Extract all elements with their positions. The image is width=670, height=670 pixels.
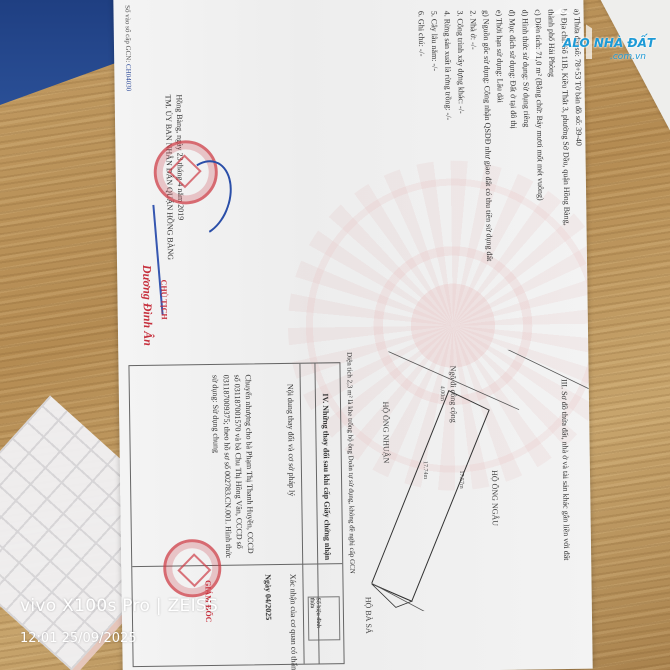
neighbor-east: HỘ ÔNG NGÂU <box>490 470 500 526</box>
usage-origin-line: g) Nguồn gốc sử dụng: Công nhận QSDĐ như… <box>481 10 496 270</box>
changes-table: IV. Những thay đổi sau khi cấp Giấy chứn… <box>128 362 344 667</box>
parcel-diagram <box>368 349 592 612</box>
serial-label: Số vào sổ cấp GCN: <box>123 5 132 62</box>
changes-entry-date: Ngày 04/2025 <box>262 574 274 620</box>
land-use-certificate-page: Số vào sổ cấp GCN: CH04030 I. Thửa đất v… <box>113 0 592 670</box>
site-logo-name: ALO NHÀ ĐẤT <box>563 36 655 50</box>
road-label: Ngõ đi công cộng <box>448 366 458 423</box>
other-construction-line: 3. Công trình xây dựng khác: -/- <box>455 10 470 270</box>
changes-entry: Chuyển nhượng cho bà Phạm Thị Thanh Huyề… <box>210 374 257 560</box>
forest-line: 4. Rừng sản xuất là rừng trồng: -/- <box>442 11 457 271</box>
house-line: 2. Nhà ở: -/- <box>468 10 483 270</box>
usage-term-line: e) Thời hạn sử dụng: Lâu dài <box>494 10 509 270</box>
neighbor-south: HỘ BÀ SÁ <box>364 597 374 634</box>
perennial-tree-line: 5. Cây lâu năm: -/- <box>429 11 444 271</box>
certificate-serial: Số vào sổ cấp GCN: CH04030 <box>123 5 132 91</box>
dimension-west: 17.74m <box>422 461 428 479</box>
usage-purpose-line: đ) Mục đích sử dụng: Đất ở tại đô thị <box>507 10 522 270</box>
photo-timestamp: 12:01 25/09/2025 <box>20 631 137 646</box>
neighbor-west: HỘ ÔNG NHUẬN <box>381 401 391 463</box>
chairman-title: CHỦ TỊCH <box>159 280 169 320</box>
dimension-front: 4.00m <box>439 386 445 401</box>
chairman-name: Dương Đình Ân <box>139 265 155 346</box>
section-4-title: IV. Những thay đổi sau khi cấp Giấy chứn… <box>320 393 335 653</box>
serial-number: CH04030 <box>124 64 132 91</box>
dimension-east: 17.57m <box>458 470 464 488</box>
changes-col-left: Nội dung thay đổi và cơ sở pháp lý <box>285 384 298 554</box>
changes-col-right: Xác nhận của cơ quan có thẩm quyền <box>287 574 299 654</box>
site-logo-domain: .com.vn <box>610 52 646 62</box>
camera-watermark: vivo X100s Pro | ZEISS <box>20 596 218 616</box>
note-line: 6. Ghi chú: -/- <box>416 11 431 271</box>
